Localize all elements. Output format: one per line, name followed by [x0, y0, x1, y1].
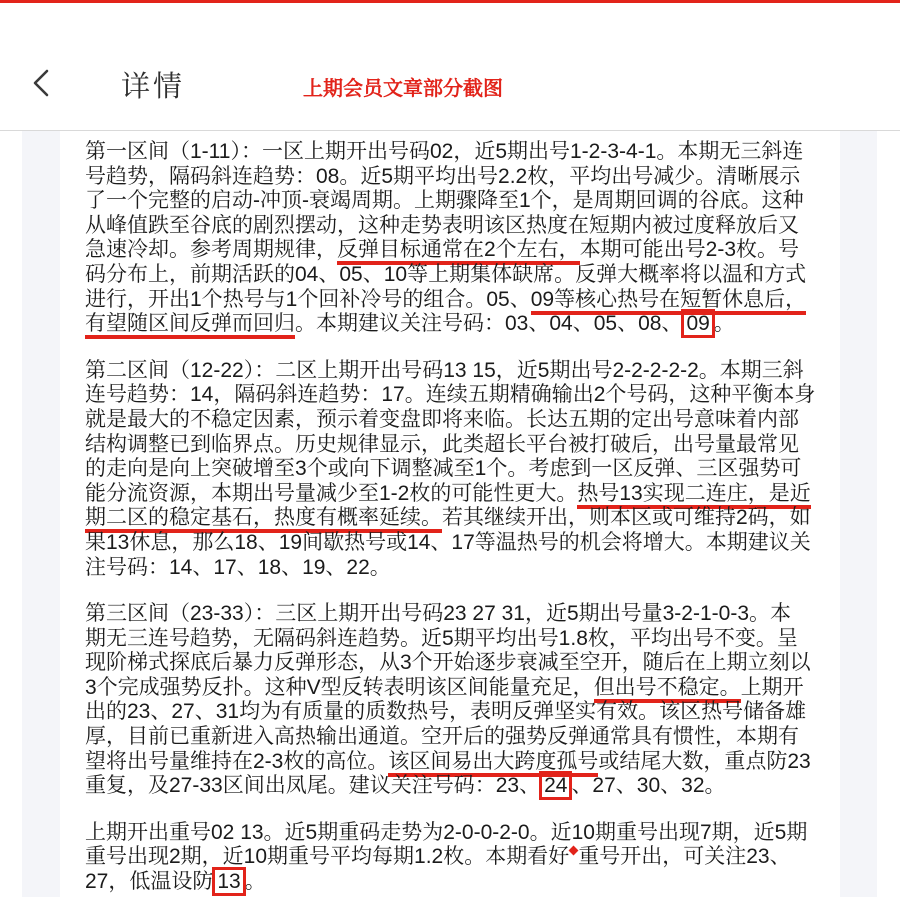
text-segment: 重号出现2期，近10期重号平均每期1.2枚。本期看好	[85, 845, 569, 868]
text-segment: 望将出号量维持在2-3枚的高位。	[85, 750, 388, 773]
text-line: 码分布上，前期活跃的04、05、10等上期集体缺席。反弹大概率将以温和方式	[85, 263, 840, 288]
text-segment: 果13休息，那么18、19间歇热号或14、17等温热号的机会将增大。本期建议关	[85, 531, 811, 554]
top-red-line	[0, 0, 900, 3]
text-segment: 。	[714, 312, 735, 335]
text-line: 27，低温设防13。	[85, 870, 840, 895]
text-segment: 号趋势，隔码斜连趋势：08。近5期平均出号2.2枚，平均出号减少。清晰展示	[85, 165, 800, 188]
text-line: 能分流资源，本期出号量减少至1-2枚的可能性更大。热号13实现二连庄，是近	[85, 482, 840, 507]
text-segment: 第一区间（1-11）：一区上期开出号码02，近5期出号1-2-3-4-1。本期无…	[85, 140, 803, 163]
text-line: 果13休息，那么18、19间歇热号或14、17等温热号的机会将增大。本期建议关	[85, 531, 840, 556]
text-segment: 出的23、27、31均为有质量的质数热号，表明反弹坚实有效。该区热号储备雄	[85, 700, 806, 723]
red-boxed-number: 13	[215, 870, 242, 893]
text-line: 出的23、27、31均为有质量的质数热号，表明反弹坚实有效。该区热号储备雄	[85, 700, 840, 725]
text-line: 期无三连号趋势，无隔码斜连趋势。近5期平均出号1.8枚，平均出号不变。呈	[85, 627, 840, 652]
text-segment: 就是最大的不稳定因素，预示着变盘即将来临。长达五期的定出号意味着内部	[85, 408, 799, 431]
red-underlined-text: 有望随区间反弹而回归	[85, 312, 295, 339]
text-segment: 3个完成强势反扑。这种V型反转表明该区间能量充足，	[85, 676, 594, 699]
text-line: 的走向是向上突破增至3个或向下调整减至1个。考虑到一区反弹、三区强势可	[85, 457, 840, 482]
red-underlined-text: 但出号不稳定。	[594, 676, 741, 703]
text-segment: 第三区间（23-33）：三区上期开出号码23 27 31，近5期出号量3-2-1…	[85, 602, 791, 625]
text-segment: 上期开出重号02 13。近5期重码走势为2-0-0-2-0。近10期重号出现7期…	[85, 821, 807, 844]
text-segment: 从峰值跌至谷底的剧烈摆动，这种走势表明该区热度在短期内被过度释放后又	[85, 214, 799, 237]
article-text-card: 第一区间（1-11）：一区上期开出号码02，近5期出号1-2-3-4-1。本期无…	[60, 131, 840, 897]
text-segment: 码分布上，前期活跃的04、05、10等上期集体缺席。反弹大概率将以温和方式	[85, 263, 806, 286]
text-segment: 本期可能出号2-3枚。号	[580, 238, 799, 261]
red-underlined-text: 反弹目标通常在2个左右，	[337, 238, 580, 265]
text-line: 了一个完整的启动-冲顶-衰竭周期。上期骤降至1个，是周期回调的谷底。这种	[85, 189, 840, 214]
text-segment: 现阶梯式探底后暴力反弹形态，从3个开始逐步衰减至空开，随后在上期立刻以	[85, 651, 811, 674]
text-segment: 结构调整已到临界点。历史规律显示，此类超长平台被打破后，出号量最常见	[85, 433, 799, 456]
text-segment: 厚，目前已重新进入高热输出通道。空开后的强势反弹通常具有惯性，本期有	[85, 725, 799, 748]
paragraph: 第一区间（1-11）：一区上期开出号码02，近5期出号1-2-3-4-1。本期无…	[85, 140, 840, 337]
detail-page: { "header": { "title": "详情", "annotation…	[0, 0, 900, 897]
text-line: 重复，及27-33区间出凤尾。建议关注号码：23、24、27、30、32。	[85, 774, 840, 799]
text-segment: 上期开	[741, 676, 804, 699]
member-article-screenshot: 第一区间（1-11）：一区上期开出号码02，近5期出号1-2-3-4-1。本期无…	[22, 131, 877, 897]
text-line: 有望随区间反弹而回归。本期建议关注号码：03、04、05、08、09。	[85, 312, 840, 337]
text-line: 上期开出重号02 13。近5期重码走势为2-0-0-2-0。近10期重号出现7期…	[85, 821, 840, 846]
text-segment: 若其继续开出，则本区或可维持2码，如	[442, 506, 811, 529]
text-line: 注号码：14、17、18、19、22。	[85, 556, 840, 581]
red-boxed-number: 24	[542, 774, 569, 797]
text-line: 3个完成强势反扑。这种V型反转表明该区间能量充足，但出号不稳定。上期开	[85, 676, 840, 701]
back-button[interactable]	[28, 68, 54, 98]
text-line: 就是最大的不稳定因素，预示着变盘即将来临。长达五期的定出号意味着内部	[85, 408, 840, 433]
text-segment: 。	[245, 870, 266, 893]
text-line: 进行，开出1个热号与1个回补冷号的组合。05、09等核心热号在短暂休息后，	[85, 288, 840, 313]
annotation-text: 上期会员文章部分截图	[303, 72, 503, 101]
text-segment: 第二区间（12-22）：二区上期开出号码13 15，近5期出号2-2-2-2-2…	[85, 359, 804, 382]
red-underlined-text: 期二区的稳定基石，热度有概率延续。	[85, 506, 442, 533]
text-line: 第三区间（23-33）：三区上期开出号码23 27 31，近5期出号量3-2-1…	[85, 602, 840, 627]
text-segment: 。本期建议关注号码：03、04、05、08、	[295, 312, 682, 335]
text-segment: 期无三连号趋势，无隔码斜连趋势。近5期平均出号1.8枚，平均出号不变。呈	[85, 627, 798, 650]
header-bar: 详情 上期会员文章部分截图	[0, 0, 900, 131]
text-segment: 重号开出，可关注23、	[578, 845, 790, 868]
text-segment: 重复，及27-33区间出凤尾。建议关注号码：23、	[85, 774, 540, 797]
text-segment: 注号码：14、17、18、19、22。	[85, 556, 391, 579]
paragraph: 第二区间（12-22）：二区上期开出号码13 15，近5期出号2-2-2-2-2…	[85, 359, 840, 580]
text-segment: 能分流资源，本期出号量减少至1-2枚的可能性更大。	[85, 482, 577, 505]
text-segment: 27，低温设防	[85, 870, 213, 893]
text-segment: 、27、30、32。	[571, 774, 725, 797]
red-underlined-text: 该区间易出大跨度孤号	[388, 750, 598, 777]
text-line: 连号趋势：14，隔码斜连趋势：17。连续五期精确输出2个号码，这种平衡本身	[85, 383, 840, 408]
text-segment: 了一个完整的启动-冲顶-衰竭周期。上期骤降至1个，是周期回调的谷底。这种	[85, 189, 804, 212]
text-line: 重号出现2期，近10期重号平均每期1.2枚。本期看好重号开出，可关注23、	[85, 845, 840, 870]
text-segment: 连号趋势：14，隔码斜连趋势：17。连续五期精确输出2个号码，这种平衡本身	[85, 383, 815, 406]
text-segment: 急速冷却。参考周期规律，	[85, 238, 337, 261]
text-segment: 进行，开出1个热号与1个回补冷号的组合。05、	[85, 288, 531, 311]
text-line: 从峰值跌至谷底的剧烈摆动，这种走势表明该区热度在短期内被过度释放后又	[85, 214, 840, 239]
red-underlined-text: 09等核心热号在短暂休息后，	[531, 288, 806, 315]
text-line: 急速冷却。参考周期规律，反弹目标通常在2个左右，本期可能出号2-3枚。号	[85, 238, 840, 263]
text-line: 第一区间（1-11）：一区上期开出号码02，近5期出号1-2-3-4-1。本期无…	[85, 140, 840, 165]
text-line: 结构调整已到临界点。历史规律显示，此类超长平台被打破后，出号量最常见	[85, 433, 840, 458]
text-line: 号趋势，隔码斜连趋势：08。近5期平均出号2.2枚，平均出号减少。清晰展示	[85, 165, 840, 190]
text-line: 第二区间（12-22）：二区上期开出号码13 15，近5期出号2-2-2-2-2…	[85, 359, 840, 384]
paragraph: 上期开出重号02 13。近5期重码走势为2-0-0-2-0。近10期重号出现7期…	[85, 821, 840, 895]
text-line: 期二区的稳定基石，热度有概率延续。若其继续开出，则本区或可维持2码，如	[85, 506, 840, 531]
text-line: 现阶梯式探底后暴力反弹形态，从3个开始逐步衰减至空开，随后在上期立刻以	[85, 651, 840, 676]
red-boxed-number: 09	[684, 312, 711, 335]
text-segment: 的走向是向上突破增至3个或向下调整减至1个。考虑到一区反弹、三区强势可	[85, 457, 801, 480]
red-underlined-text: 热号13实现二连庄，是近	[577, 482, 810, 509]
text-line: 厚，目前已重新进入高热输出通道。空开后的强势反弹通常具有惯性，本期有	[85, 725, 840, 750]
text-segment: 或结尾大数，重点防23	[598, 750, 810, 773]
page-title: 详情	[121, 64, 185, 105]
chevron-left-icon	[28, 68, 54, 98]
text-line: 望将出号量维持在2-3枚的高位。该区间易出大跨度孤号或结尾大数，重点防23	[85, 750, 840, 775]
article-text: 第一区间（1-11）：一区上期开出号码02，近5期出号1-2-3-4-1。本期无…	[60, 131, 840, 895]
paragraph: 第三区间（23-33）：三区上期开出号码23 27 31，近5期出号量3-2-1…	[85, 602, 840, 799]
